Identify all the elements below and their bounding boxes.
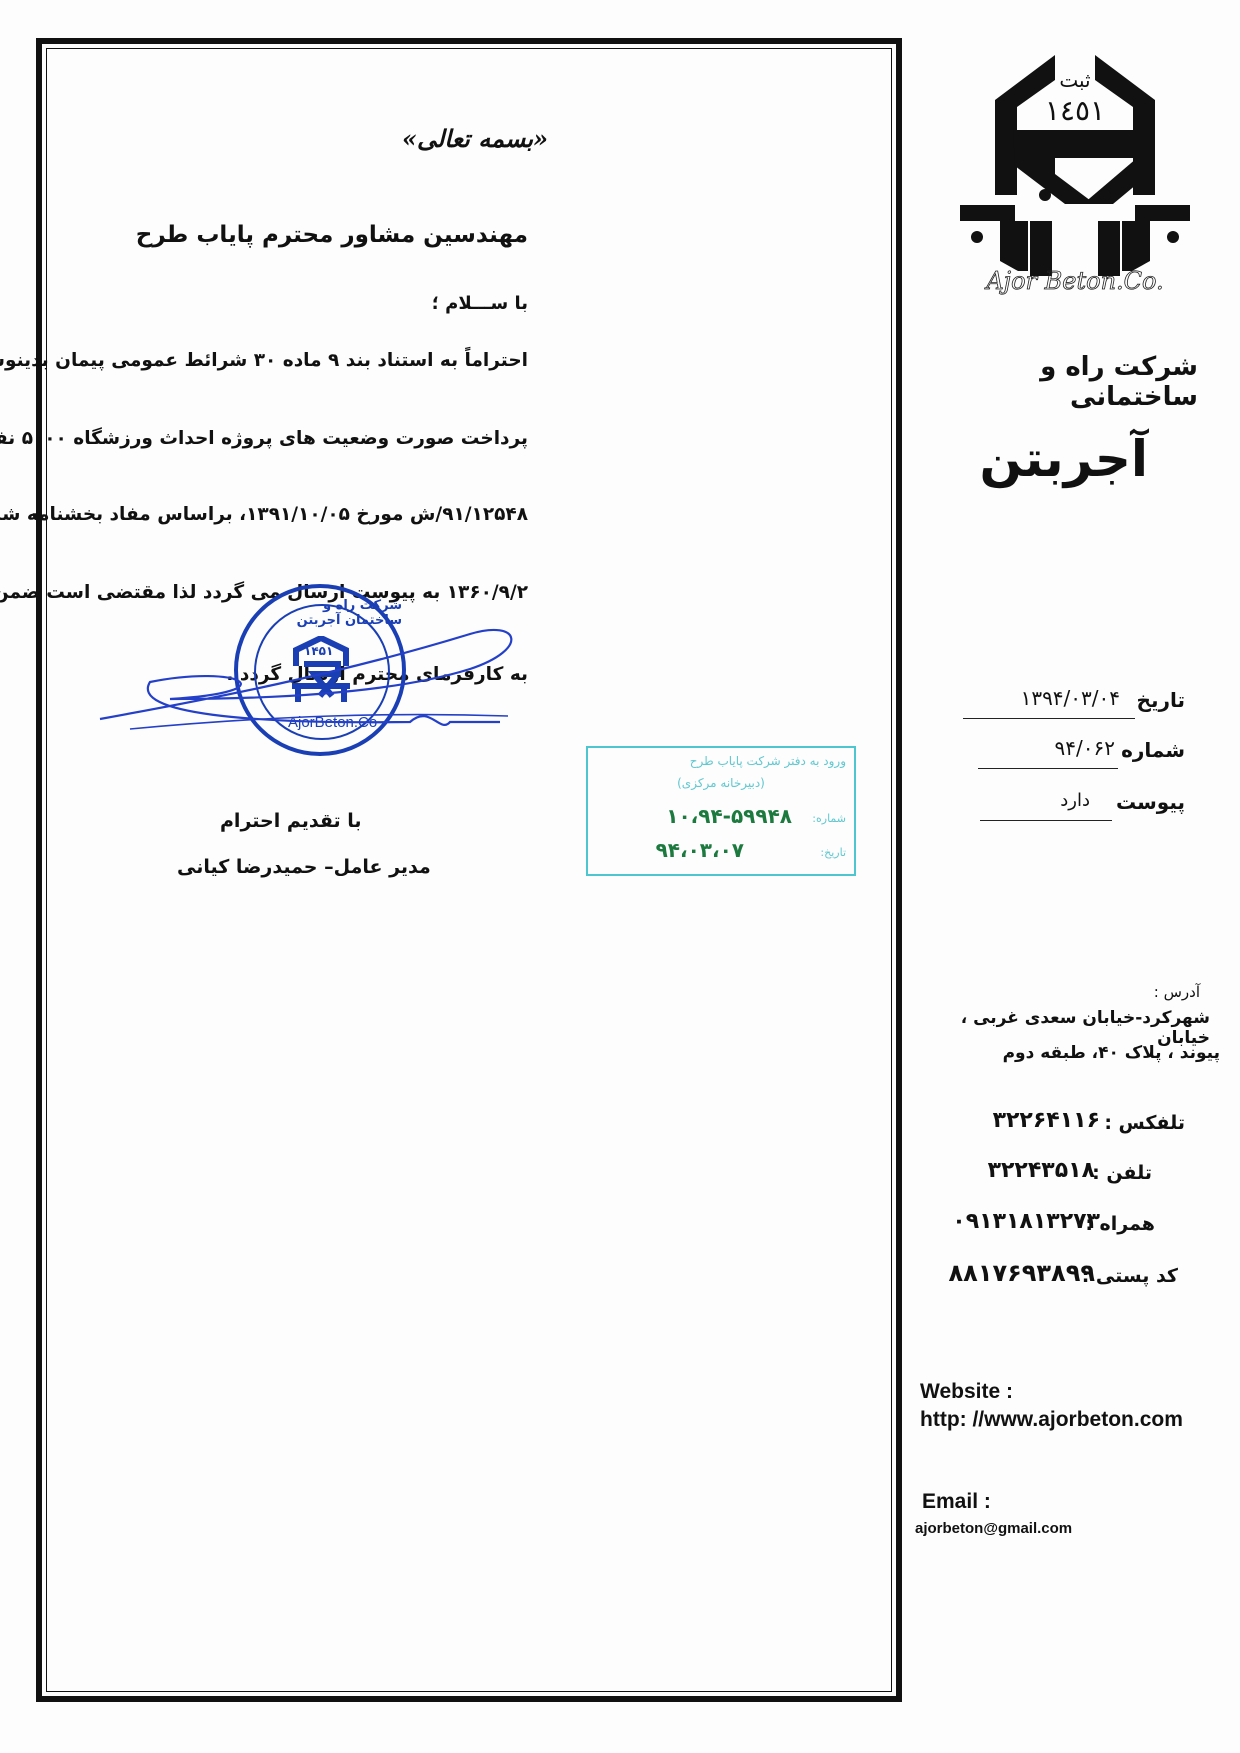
svg-text:١٤٥١: ١٤٥١	[1045, 94, 1105, 127]
received-date-label: تاریخ:	[820, 846, 846, 859]
seal-ring-text: شرکت راه و ساختمان آجربتن	[286, 598, 402, 628]
signatory-name: مدیر عامل– حمیدرضا کیانی	[177, 856, 431, 878]
phone-label: تلفن :	[1092, 1162, 1152, 1184]
seal-bottom-text: AjorBeton.Co	[288, 714, 377, 731]
seal-inner-ring	[254, 604, 390, 740]
received-number-label: شماره:	[812, 812, 846, 825]
meta-date-value: ۱۳۹۴/۰۳/۰۴	[1021, 686, 1120, 710]
meta-date-underline	[963, 718, 1135, 719]
seal-logo-icon	[286, 636, 356, 706]
meta-number-label: شماره	[1121, 738, 1185, 762]
invocation-text: «بسمه تعالی»	[42, 124, 908, 153]
meta-attachment-value: دارد	[1060, 790, 1090, 811]
postal-code-value: ۸۸۱۷۶۹۳۸۹۹	[949, 1259, 1095, 1287]
greeting: با ســـلام ؛	[432, 293, 528, 314]
company-subtitle: شرکت راه و ساختمانی	[905, 352, 1198, 412]
address-line-2: پیوند ، پلاک ۴۰، طبقه دوم	[1003, 1043, 1220, 1063]
telefax-label: تلفکس :	[1104, 1112, 1185, 1134]
company-seal: شرکت راه و ساختمان آجربتن ۱۴۵۱ AjorBeton…	[234, 584, 406, 756]
meta-attachment-underline	[980, 820, 1112, 821]
signature-regards: با تقدیم احترام	[220, 810, 362, 832]
received-stamp: ورود به دفتر شرکت پایاب طرح (دبیرخانه مر…	[586, 746, 856, 876]
body-line-1: احتراماً به استناد بند ۹ ماده ۳۰ شرائط ع…	[0, 350, 528, 371]
telefax-value: ۳۲۲۶۴۱۱۶	[993, 1108, 1100, 1133]
body-line-4: ۱۳۶۰/۹/۲ به پیوست ارسال می گردد لذا مقتض…	[0, 582, 528, 603]
closing-line: به کارفرمای محترم ارسال گردد .	[226, 664, 528, 685]
email-link[interactable]: ajorbeton@gmail.com	[915, 1520, 1072, 1537]
address-label: آدرس :	[1154, 983, 1200, 1001]
body-line-3: ۹۱/۱۲۵۴۸/ش مورخ ۱۳۹۱/۱۰/۰۵، براساس مفاد …	[0, 504, 528, 525]
website-link[interactable]: http: //www.ajorbeton.com	[920, 1408, 1183, 1432]
received-stamp-subtitle: (دبیرخانه مرکزی)	[588, 776, 854, 790]
signature-scribble	[90, 604, 560, 764]
letterhead-sidebar: ثبت ١٤٥١ Ajor Beton.Co. شرکت راه و ساختم…	[905, 0, 1240, 1753]
svg-text:ثبت: ثبت	[1059, 68, 1090, 92]
recipient-heading: مهندسین مشاور محترم پایاب طرح	[136, 222, 528, 248]
meta-number-underline	[978, 768, 1118, 769]
seal-reg-number: ۱۴۵۱	[304, 644, 333, 658]
body-line-2: پرداخت صورت وضعیت های پروژه احداث ورزشگا…	[0, 428, 528, 449]
email-label: Email :	[922, 1490, 991, 1514]
website-label: Website :	[920, 1380, 1013, 1404]
svg-text:Ajor Beton.Co.: Ajor Beton.Co.	[984, 267, 1163, 295]
received-number-value: ۱۰،۹۴-۵۹۹۴۸	[666, 804, 792, 828]
company-logo-icon: ثبت ١٤٥١ Ajor Beton.Co.	[955, 45, 1195, 295]
mobile-value: ۰۹۱۳۱۸۱۳۲۷۳	[952, 1209, 1100, 1234]
phone-value: ۳۲۲۴۳۵۱۸	[988, 1158, 1095, 1183]
meta-attachment-label: پیوست	[1116, 790, 1185, 814]
postal-code-label: کد پستی :	[1082, 1265, 1178, 1287]
company-name: آجربتن	[980, 430, 1148, 488]
meta-date-label: تاریخ	[1137, 688, 1185, 712]
received-stamp-title: ورود به دفتر شرکت پایاب طرح	[690, 754, 846, 768]
received-date-value: ۹۴،۰۳،۰۷	[656, 838, 744, 862]
meta-number-value: ۹۴/۰۶۲	[1055, 736, 1115, 760]
address-line-1: شهرکرد-خیابان سعدی غربی ، خیابان	[905, 1008, 1210, 1048]
